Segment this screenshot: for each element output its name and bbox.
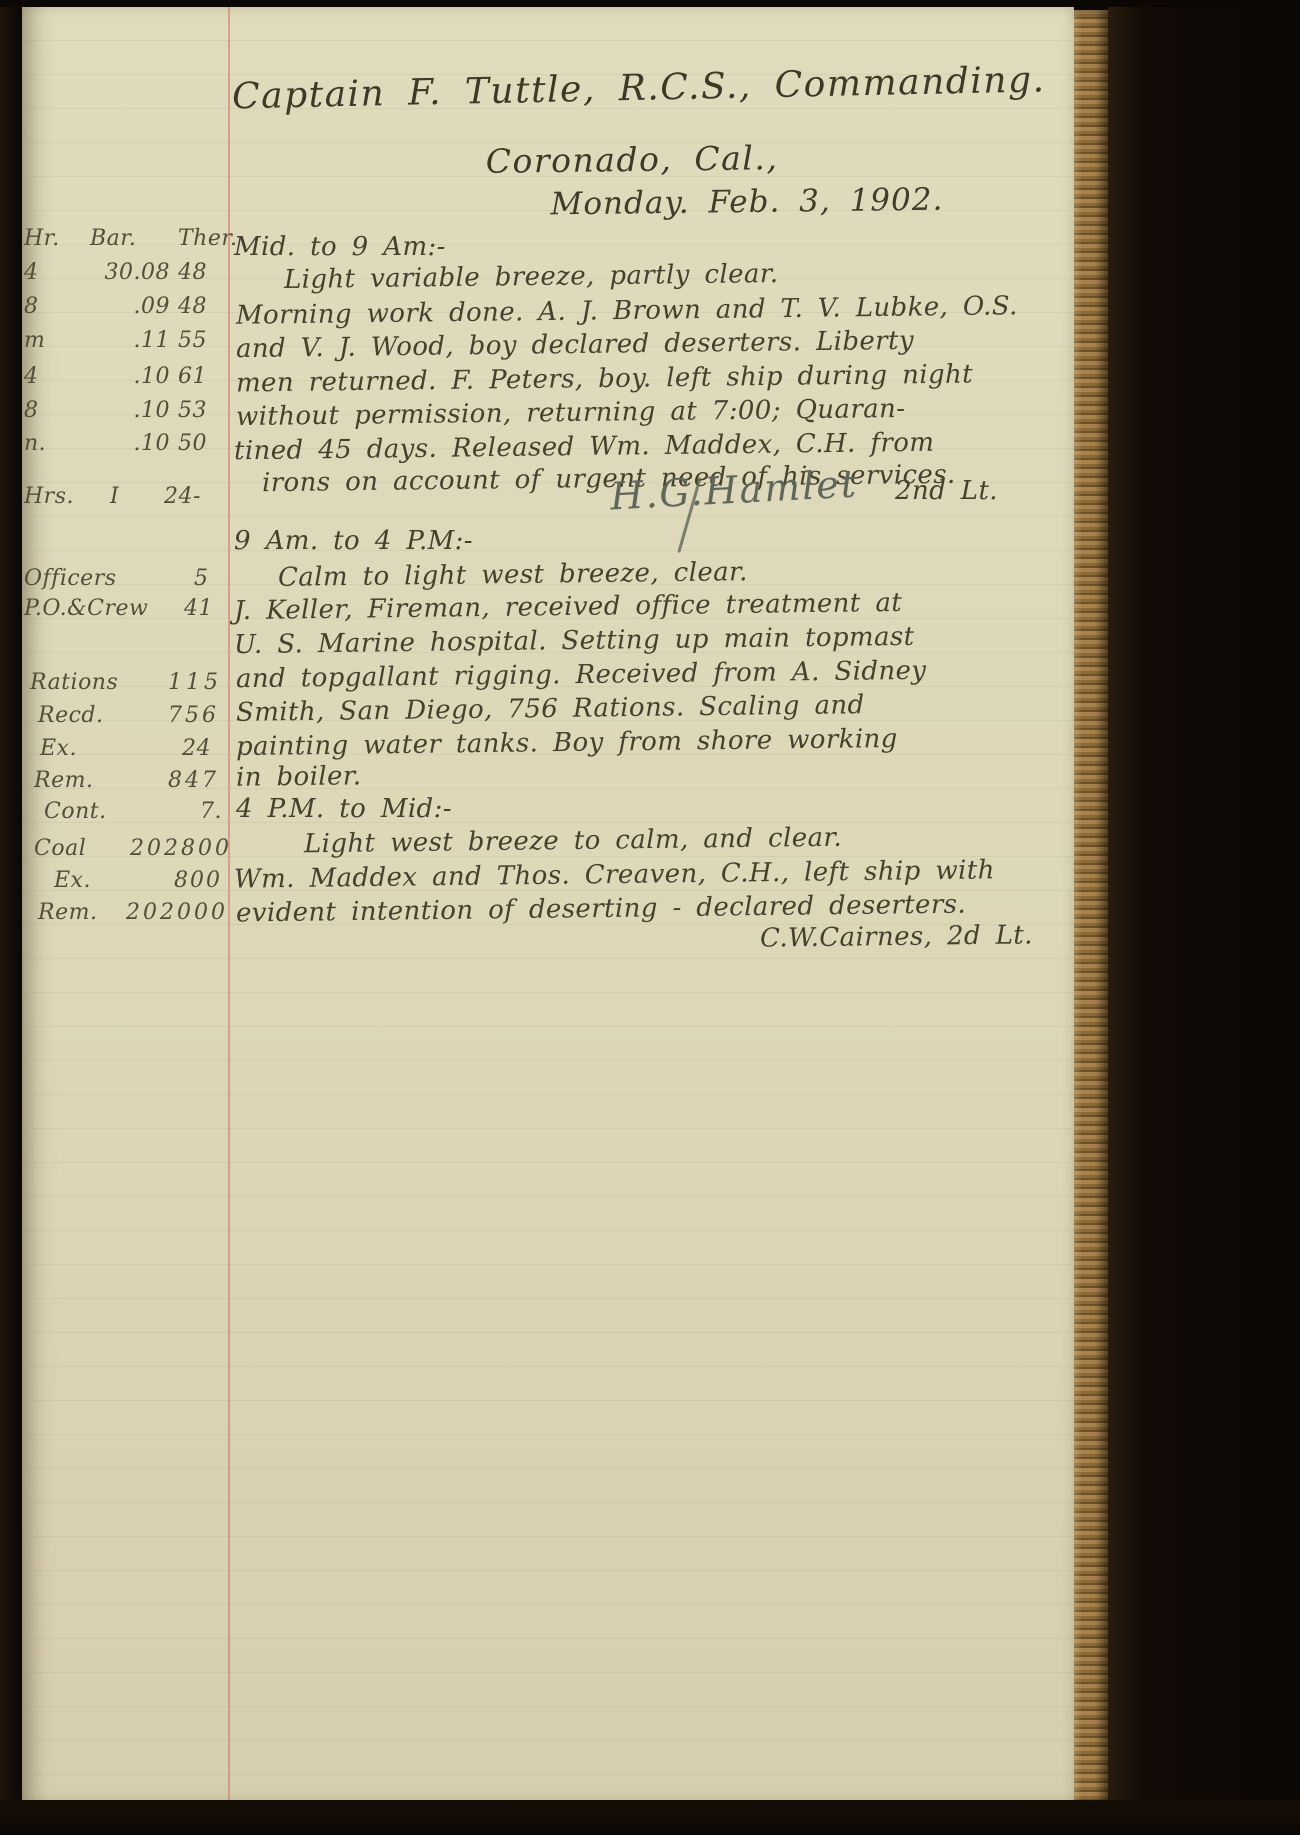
cont-label: Cont. [44,799,107,824]
cont-value: 7. [200,799,222,824]
obs-ther: 53 [178,398,207,423]
log-line: Wm. Maddex and Thos. Creaven, C.H., left… [234,855,995,894]
coal-value: 202800 [130,836,232,861]
margin-rule-line [228,6,230,1802]
crew-value: 41 [184,596,213,621]
obs-col-bar: Bar. [90,226,136,251]
hours-value: 24- [164,484,201,509]
obs-bar: 30.08 [74,260,170,285]
obs-ther: 48 [178,294,207,319]
ex-value: 24 [182,736,211,761]
header-date-line: Monday. Feb. 3, 1902. [532,181,962,222]
obs-hr: 4 [24,260,39,285]
obs-hr: 8 [24,294,39,319]
header-location-line: Coronado, Cal., [422,137,842,181]
obs-bar: .11 [74,328,170,353]
log-line: painting water tanks. Boy from shore wor… [236,724,898,762]
obs-ther: 61 [178,364,207,389]
log-line: Light variable breeze, partly clear. [284,259,779,295]
watch-officer-rank: 2nd Lt. [895,476,998,506]
officers-label: Officers [24,566,117,591]
recd-value: 756 [168,703,219,728]
watch-heading: 9 Am. to 4 P.M:- [234,526,473,556]
coal-ex-label: Ex. [54,868,91,893]
hours-label: Hrs. [24,484,74,509]
rations-value: 115 [168,670,222,695]
log-line: Morning work done. A. J. Brown and T. V.… [236,291,1018,331]
obs-hr: n. [24,431,46,456]
obs-ther: 48 [178,260,207,285]
coal-rem-value: 202000 [126,900,228,925]
obs-hr: m [24,328,45,353]
log-line: without permission, returning at 7:00; Q… [236,394,906,432]
log-line: U. S. Marine hospital. Setting up main t… [234,622,915,660]
rations-label: Rations [30,670,118,695]
obs-bar: .10 [74,398,170,423]
background-top [0,0,1300,7]
rem-value: 847 [168,768,219,793]
obs-col-ther: Ther. [178,226,237,251]
log-line: Light west breeze to calm, and clear. [304,823,842,860]
hours-mark: I [110,484,119,509]
recd-label: Recd. [38,703,103,728]
header-captain-line: Captain F. Tuttle, R.C.S., Commanding. [232,60,1033,118]
officers-value: 5 [194,566,209,591]
watch-officer-signature: C.W.Cairnes, 2d Lt. [760,920,1033,953]
log-line: men returned. F. Peters, boy. left ship … [236,359,973,398]
ex-label: Ex. [40,736,77,761]
log-line: J. Keller, Fireman, received office trea… [234,588,902,626]
obs-hr: 8 [24,398,39,423]
log-line: Smith, San Diego, 756 Rations. Scaling a… [236,690,865,728]
obs-bar: .10 [74,431,170,456]
obs-ther: 50 [178,431,207,456]
watch-heading: Mid. to 9 Am:- [234,232,446,262]
obs-bar: .09 [74,294,170,319]
log-line: and topgallant rigging. Received from A.… [236,656,927,694]
crew-label: P.O.&Crew [24,596,148,621]
obs-col-hr: Hr. [24,226,60,251]
obs-ther: 55 [178,328,207,353]
coal-ex-value: 800 [174,868,222,893]
coal-rem-label: Rem. [38,900,97,925]
coal-label: Coal [34,836,86,861]
logbook-page: Captain F. Tuttle, R.C.S., Commanding. C… [22,6,1074,1802]
watch-heading: 4 P.M. to Mid:- [236,794,452,824]
obs-hr: 4 [24,364,39,389]
book-page-edges [1074,10,1110,1810]
obs-bar: .10 [74,364,170,389]
background-bottom [0,1800,1300,1835]
log-line: Calm to light west breeze, clear. [278,557,748,593]
log-line: in boiler. [236,761,362,793]
rem-label: Rem. [34,768,93,793]
background-right [1108,0,1300,1835]
scanned-logbook-photo: Captain F. Tuttle, R.C.S., Commanding. C… [0,0,1300,1835]
log-line: and V. J. Wood, boy declared deserters. … [236,326,914,364]
